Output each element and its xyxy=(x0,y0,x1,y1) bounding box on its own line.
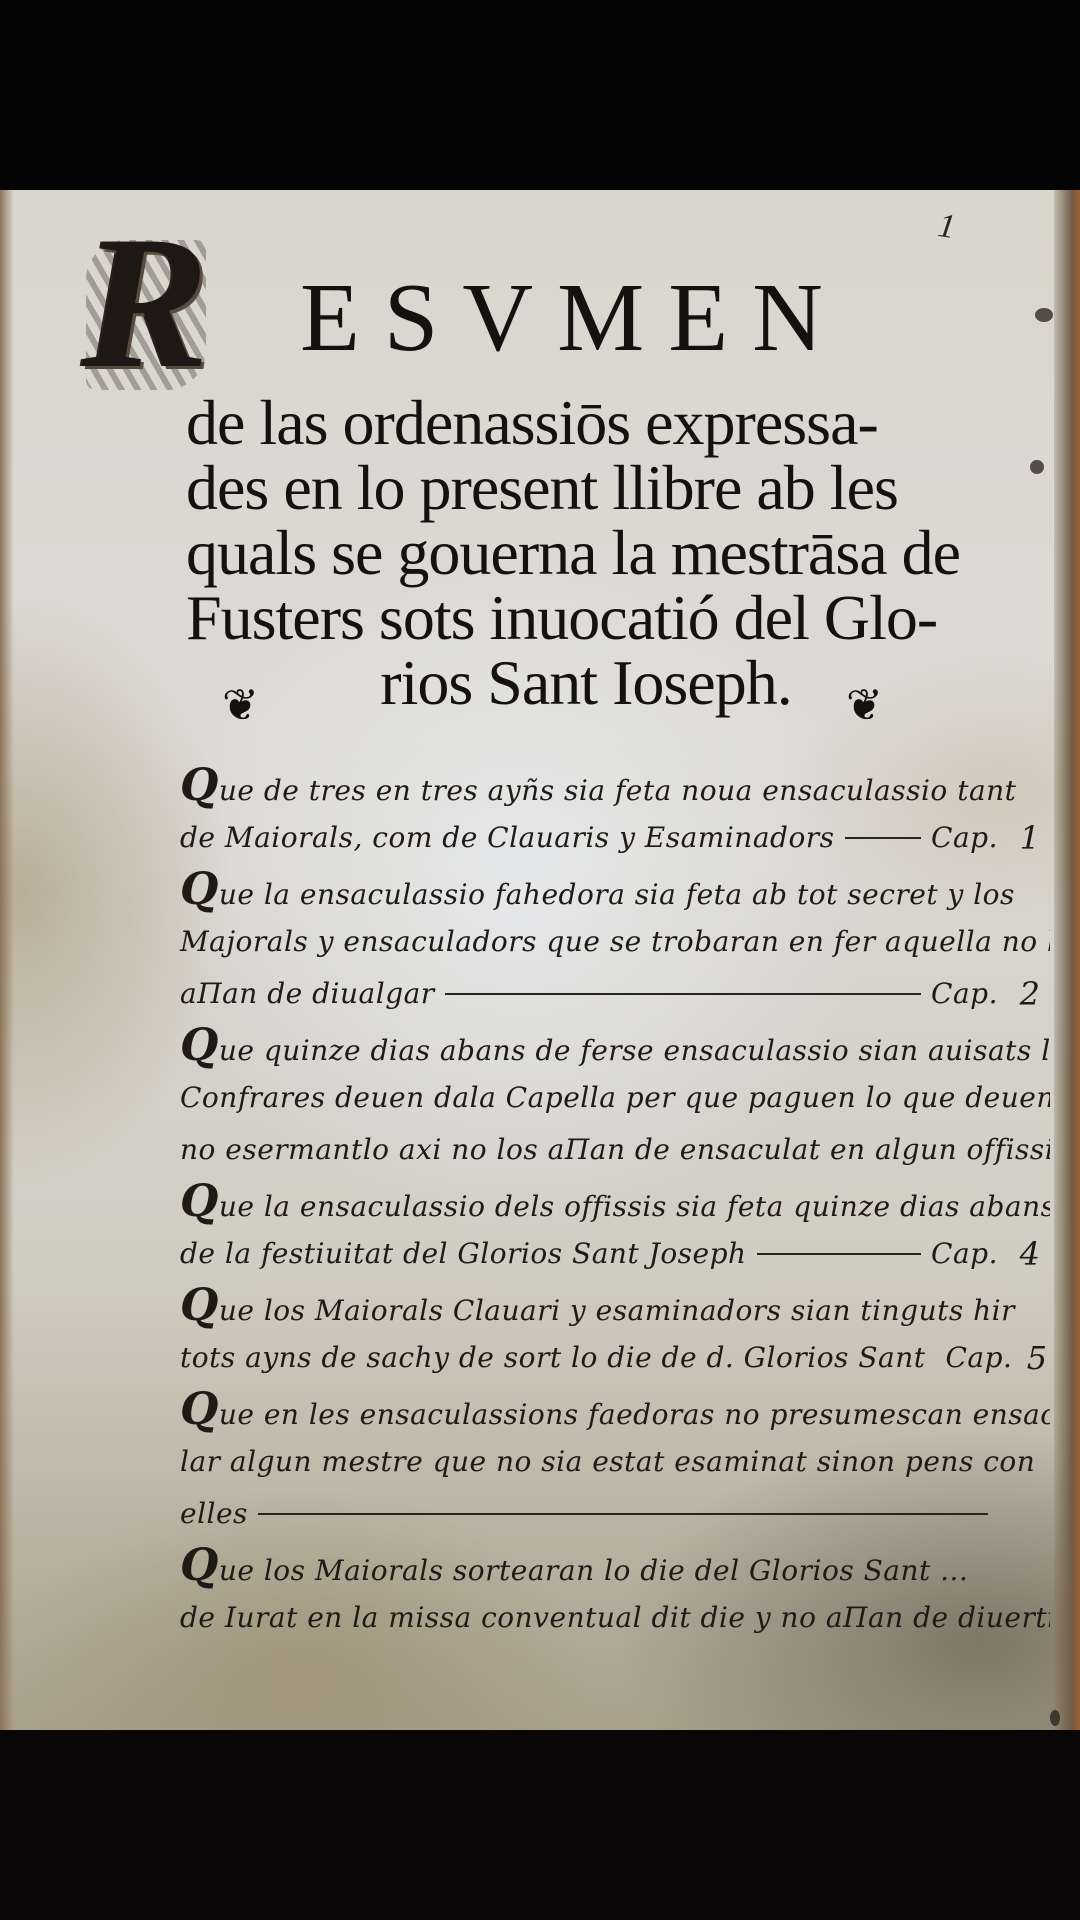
subtitle-line: Fusters sots inuocatió del Glo- xyxy=(186,585,1006,650)
entry-line: Que los Maiorals Clauari y esaminadors s… xyxy=(170,1280,1050,1332)
subtitle-block: de las ordenassiōs expressa- des en lo p… xyxy=(186,390,1006,715)
entry-line: no esermantlo axi no los aΠan de ensacul… xyxy=(170,1124,1050,1176)
entry-text: aΠan de diualgar xyxy=(180,968,435,1020)
chapter-number: 2 xyxy=(1010,968,1050,1020)
chapter-label: Cap. xyxy=(931,812,998,864)
entry-line: Confrares deuen dala Capella per que pag… xyxy=(170,1072,1050,1124)
fleuron-ornament-icon: ❦ xyxy=(222,680,259,731)
leader-rule xyxy=(845,837,921,839)
entry-text: de Maiorals, com de Clauaris y Esaminado… xyxy=(180,812,835,864)
page-edge-right xyxy=(1054,190,1080,1730)
bottom-black-bar xyxy=(0,1730,1080,1920)
chapter-number: 1 xyxy=(1010,812,1050,864)
entry-line: de Maiorals, com de Clauaris y Esaminado… xyxy=(170,812,1050,864)
entry-line: Que en les ensaculassions faedoras no pr… xyxy=(170,1384,1050,1436)
entry-line: de Iurat en la missa conventual dit die … xyxy=(170,1592,1050,1644)
illuminated-initial: R xyxy=(82,218,282,398)
chapter-label: Cap. xyxy=(945,1332,1012,1384)
entry-line: de la festiuitat del Glorios Sant Joseph… xyxy=(170,1228,1050,1280)
entry-line: Que quinze dias abans de ferse ensaculas… xyxy=(170,1020,1050,1072)
folio-number: 1 xyxy=(935,207,957,247)
subtitle-line: des en lo present llibre ab les xyxy=(186,455,1006,520)
manuscript-page: 1 R ESVMEN de las ordenassiōs expressa- … xyxy=(0,190,1080,1730)
page-edge-left xyxy=(0,190,14,1730)
ink-stain xyxy=(1050,1710,1060,1726)
ink-stain xyxy=(1035,308,1053,322)
chapter-entry: Que en les ensaculassions faedoras no pr… xyxy=(170,1384,1050,1540)
entry-line: Majorals y ensaculadors que se trobaran … xyxy=(170,916,1050,968)
chapter-list: Que de tres en tres ayñs sia feta noua e… xyxy=(170,760,1050,1644)
chapter-number: 4 xyxy=(1010,1228,1050,1280)
subtitle-line: quals se gouerna la mestrāsa de xyxy=(186,520,1006,585)
entry-line: lar algun mestre que no sia estat esamin… xyxy=(170,1436,1050,1488)
chapter-entry: Que los Maiorals Clauari y esaminadors s… xyxy=(170,1280,1050,1384)
chapter-entry: Que los Maiorals sortearan lo die del Gl… xyxy=(170,1540,1050,1644)
chapter-entry: Que de tres en tres ayñs sia feta noua e… xyxy=(170,760,1050,864)
chapter-entry: Que quinze dias abans de ferse ensaculas… xyxy=(170,1020,1050,1176)
subtitle-line: rios Sant Ioseph. xyxy=(186,650,1006,715)
entry-text: de la festiuitat del Glorios Sant Joseph xyxy=(180,1228,747,1280)
chapter-label: Cap. xyxy=(931,1228,998,1280)
top-black-bar xyxy=(0,0,1080,190)
entry-line: elles xyxy=(170,1488,1050,1540)
chapter-entry: Que la ensaculassio dels offissis sia fe… xyxy=(170,1176,1050,1280)
leader-rule xyxy=(258,1513,988,1515)
entry-text: elles xyxy=(180,1488,248,1540)
entry-line: Que de tres en tres ayñs sia feta noua e… xyxy=(170,760,1050,812)
entry-text: tots ayns de sachy de sort lo die de d. … xyxy=(180,1332,925,1384)
chapter-entry: Que la ensaculassio fahedora sia feta ab… xyxy=(170,864,1050,1020)
leader-rule xyxy=(445,993,921,995)
page-title: ESVMEN xyxy=(300,268,847,368)
subtitle-line: de las ordenassiōs expressa- xyxy=(186,390,1006,455)
fleuron-ornament-icon: ❦ xyxy=(846,680,883,731)
leader-rule xyxy=(757,1253,921,1255)
entry-text: no esermantlo axi no los aΠan de ensacul… xyxy=(180,1124,1050,1176)
chapter-label: Cap. xyxy=(931,968,998,1020)
entry-line: Que los Maiorals sortearan lo die del Gl… xyxy=(170,1540,1050,1592)
entry-line: Que la ensaculassio dels offissis sia fe… xyxy=(170,1176,1050,1228)
entry-line: tots ayns de sachy de sort lo die de d. … xyxy=(170,1332,1050,1384)
entry-line: aΠan de diualgar Cap. 2 xyxy=(170,968,1050,1020)
chapter-number: 5 xyxy=(1024,1332,1050,1384)
entry-line: Que la ensaculassio fahedora sia feta ab… xyxy=(170,864,1050,916)
ink-stain xyxy=(1030,460,1044,474)
